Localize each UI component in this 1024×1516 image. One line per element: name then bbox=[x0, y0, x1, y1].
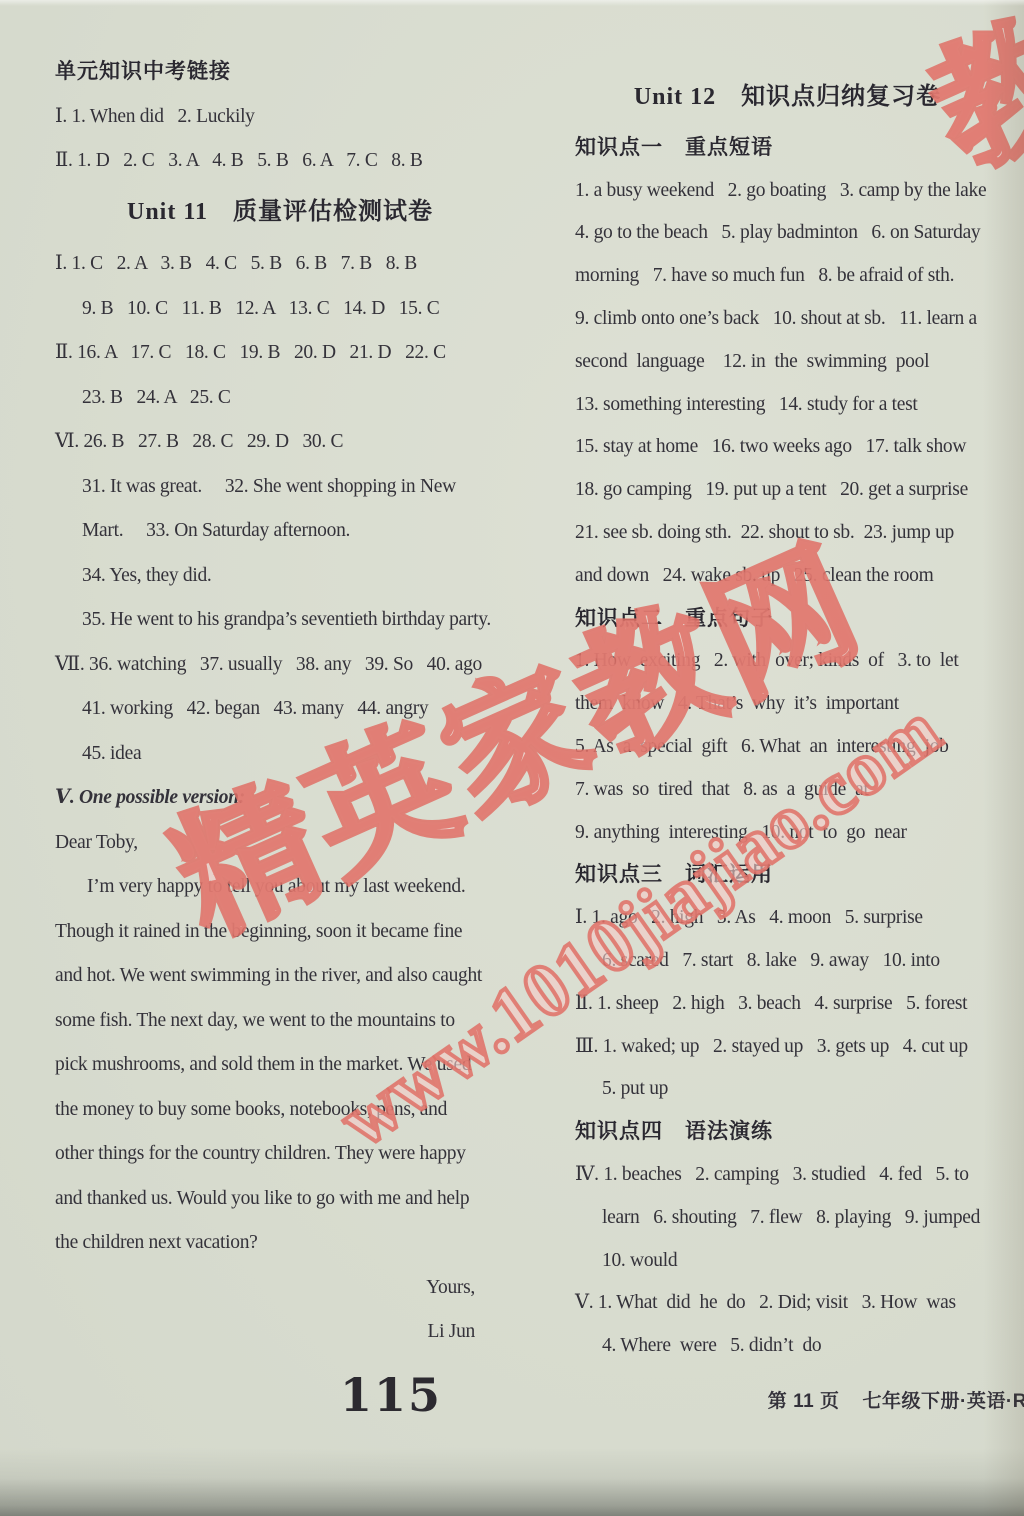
text-line: 7. was so tired that 8. as a guide at bbox=[575, 769, 1000, 812]
text-line: 1. a busy weekend 2. go boating 3. camp … bbox=[575, 170, 1000, 213]
text-line: 9. B 10. C 11. B 12. A 13. C 14. D 15. C bbox=[55, 287, 505, 332]
text-line: Yours, bbox=[55, 1266, 505, 1311]
text-line: 6. scared 7. start 8. lake 9. away 10. i… bbox=[575, 940, 1000, 983]
text-line: 4. Where were 5. didn’t do bbox=[575, 1325, 1000, 1368]
text-line: 18. go camping 19. put up a tent 20. get… bbox=[575, 469, 1000, 512]
text-line: 13. something interesting 14. study for … bbox=[575, 384, 1000, 427]
text-line: Though it rained in the beginning, soon … bbox=[55, 910, 505, 955]
section-heading-zhongkao-link: 单元知识中考链接 bbox=[55, 50, 505, 95]
text-line: 9. anything interesting 10. not to go ne… bbox=[575, 812, 1000, 855]
text-line: 5. put up bbox=[575, 1068, 1000, 1111]
scanned-answer-page: 单元知识中考链接Ⅰ. 1. When did 2. LuckilyⅡ. 1. D… bbox=[0, 0, 1024, 1516]
text-line: other things for the country children. T… bbox=[55, 1132, 505, 1177]
text-line: 31. It was great. 32. She went shopping … bbox=[55, 465, 505, 510]
text-line: them know 4. That’s why it’s important bbox=[575, 683, 1000, 726]
text-line: 15. stay at home 16. two weeks ago 17. t… bbox=[575, 426, 1000, 469]
page-number: 115 bbox=[340, 1368, 442, 1422]
kp1-heading: 知识点一 重点短语 bbox=[575, 127, 1000, 170]
text-line: Ⅵ. 26. B 27. B 28. C 29. D 30. C bbox=[55, 420, 505, 465]
text-line: and down 24. wake sb. up 25. clean the r… bbox=[575, 555, 1000, 598]
text-line: 34. Yes, they did. bbox=[55, 554, 505, 599]
text-line: morning 7. have so much fun 8. be afraid… bbox=[575, 255, 1000, 298]
text-line: Ⅶ. 36. watching 37. usually 38. any 39. … bbox=[55, 643, 505, 688]
text-line: learn 6. shouting 7. flew 8. playing 9. … bbox=[575, 1197, 1000, 1240]
text-line: 21. see sb. doing sth. 22. shout to sb. … bbox=[575, 512, 1000, 555]
left-column: 单元知识中考链接Ⅰ. 1. When did 2. LuckilyⅡ. 1. D… bbox=[55, 50, 505, 1355]
text-line: Li Jun bbox=[55, 1310, 505, 1355]
text-line: and hot. We went swimming in the river, … bbox=[55, 954, 505, 999]
text-line: 1. How exciting 2. with over; kinds of 3… bbox=[575, 640, 1000, 683]
text-line: second language 12. in the swimming pool bbox=[575, 341, 1000, 384]
text-line: Dear Toby, bbox=[55, 821, 505, 866]
right-column: Unit 12 知识点归纳复习卷知识点一 重点短语1. a busy weeke… bbox=[575, 70, 1000, 1368]
unit12-heading: Unit 12 知识点归纳复习卷 bbox=[575, 70, 1000, 127]
text-line: Ⅱ. 1. D 2. C 3. A 4. B 5. B 6. A 7. C 8.… bbox=[55, 139, 505, 184]
text-line: Ⅱ. 1. sheep 2. high 3. beach 4. surprise… bbox=[575, 983, 1000, 1026]
text-line: Ⅰ. 1. ago 2. high 3. As 4. moon 5. surpr… bbox=[575, 897, 1000, 940]
text-line: 35. He went to his grandpa’s seventieth … bbox=[55, 598, 505, 643]
text-line: Ⅳ. 1. beaches 2. camping 3. studied 4. f… bbox=[575, 1154, 1000, 1197]
kp3-heading: 知识点三 词汇运用 bbox=[575, 854, 1000, 897]
text-line: Ⅱ. 16. A 17. C 18. C 19. B 20. D 21. D 2… bbox=[55, 331, 505, 376]
footer-page-info: 第 11 页 七年级下册·英语·RJ bbox=[768, 1386, 1024, 1413]
text-line: 4. go to the beach 5. play badminton 6. … bbox=[575, 212, 1000, 255]
text-line: 45. idea bbox=[55, 732, 505, 777]
text-line: Ⅲ. 1. waked; up 2. stayed up 3. gets up … bbox=[575, 1026, 1000, 1069]
text-line: 10. would bbox=[575, 1240, 1000, 1283]
text-line: the money to buy some books, notebooks, … bbox=[55, 1088, 505, 1133]
writing-sample-label: Ⅴ. One possible version: bbox=[55, 776, 505, 821]
text-line: I’m very happy to tell you about my last… bbox=[55, 865, 505, 910]
text-line: pick mushrooms, and sold them in the mar… bbox=[55, 1043, 505, 1088]
kp2-heading: 知识点二 重点句子 bbox=[575, 598, 1000, 641]
text-line: Ⅰ. 1. When did 2. Luckily bbox=[55, 95, 505, 140]
text-line: and thanked us. Would you like to go wit… bbox=[55, 1177, 505, 1222]
text-line: 23. B 24. A 25. C bbox=[55, 376, 505, 421]
kp4-heading: 知识点四 语法演练 bbox=[575, 1111, 1000, 1154]
unit11-heading: Unit 11 质量评估检测试卷 bbox=[55, 184, 505, 243]
text-line: Ⅴ. 1. What did he do 2. Did; visit 3. Ho… bbox=[575, 1282, 1000, 1325]
text-line: 5. As a special gift 6. What an interest… bbox=[575, 726, 1000, 769]
text-line: the children next vacation? bbox=[55, 1221, 505, 1266]
text-line: 9. climb onto one’s back 10. shout at sb… bbox=[575, 298, 1000, 341]
text-line: 41. working 42. began 43. many 44. angry bbox=[55, 687, 505, 732]
text-line: Mart. 33. On Saturday afternoon. bbox=[55, 509, 505, 554]
text-line: some fish. The next day, we went to the … bbox=[55, 999, 505, 1044]
text-line: Ⅰ. 1. C 2. A 3. B 4. C 5. B 6. B 7. B 8.… bbox=[55, 242, 505, 287]
